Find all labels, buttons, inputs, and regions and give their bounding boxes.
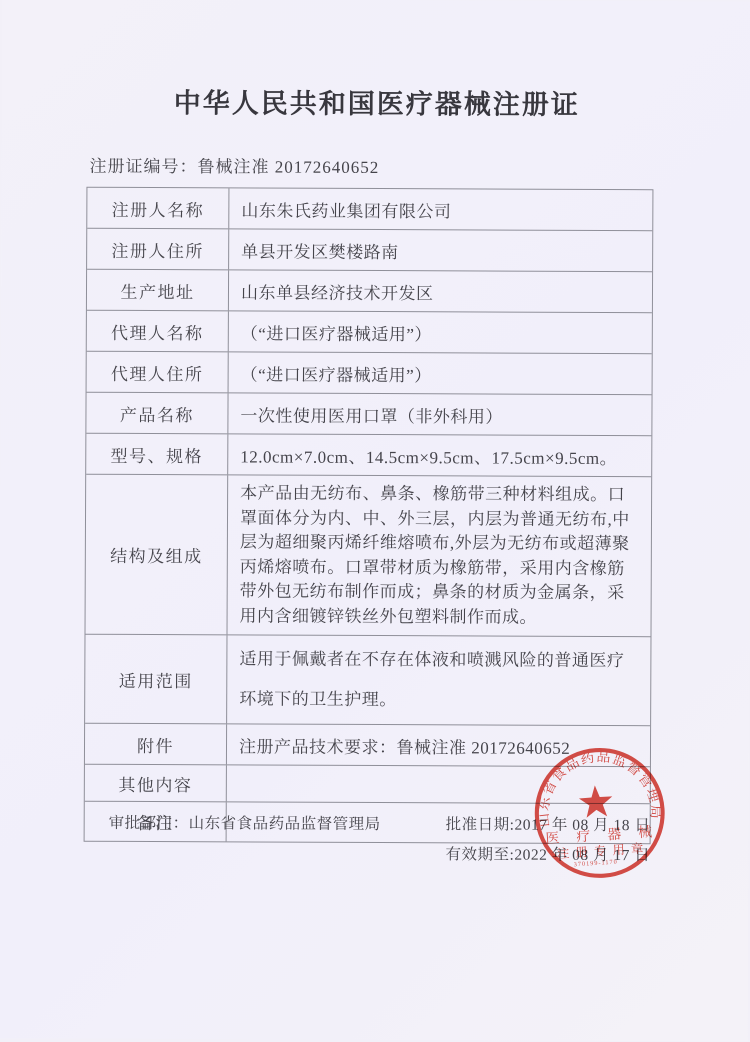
- row-label: 注册人名称: [87, 188, 229, 229]
- table-row: 产品名称 一次性使用医用口罩（非外科用）: [86, 393, 651, 436]
- row-value: 适用于佩戴者在不存在体液和喷溅风险的普通医疗环境下的卫生护理。: [227, 635, 650, 725]
- table-row: 注册人名称 山东朱氏药业集团有限公司: [87, 188, 652, 231]
- row-value: （“进口医疗器械适用”）: [229, 311, 652, 353]
- row-label: 注册人住所: [87, 229, 229, 270]
- approval-department: 审批部门：山东省食品药品监督管理局: [109, 811, 381, 834]
- row-value: 一次性使用医用口罩（非外科用）: [228, 393, 651, 435]
- row-value: 本产品由无纺布、鼻条、橡筋带三种材料组成。口罩面体分为内、中、外三层，内层为普通…: [227, 475, 651, 636]
- approval-dept-value: 山东省食品药品监督管理局: [189, 815, 381, 833]
- row-label: 代理人名称: [87, 311, 229, 352]
- stamp-star: [578, 784, 613, 818]
- table-row: 型号、规格 12.0cm×7.0cm、14.5cm×9.5cm、17.5cm×9…: [86, 434, 651, 477]
- row-label: 产品名称: [86, 393, 228, 434]
- table-row: 代理人住所 （“进口医疗器械适用”）: [87, 352, 652, 395]
- certificate-page: 中华人民共和国医疗器械注册证 注册证编号：鲁械注准 20172640652 注册…: [0, 0, 750, 1040]
- row-label: 代理人住所: [87, 352, 229, 393]
- row-value: 单县开发区樊楼路南: [229, 229, 652, 271]
- stamp-text-line2: 注册专用章: [556, 840, 643, 861]
- registration-number-line: 注册证编号：鲁械注准 20172640652: [89, 152, 379, 178]
- row-value: 山东单县经济技术开发区: [229, 270, 652, 312]
- row-label: 附件: [85, 724, 227, 765]
- table-row: 结构及组成 本产品由无纺布、鼻条、橡筋带三种材料组成。口罩面体分为内、中、外三层…: [85, 475, 651, 637]
- page-title: 中华人民共和国医疗器械注册证: [2, 80, 750, 122]
- approval-date-label: 批准日期:: [446, 816, 515, 833]
- reg-no-label: 注册证编号：: [89, 157, 197, 176]
- approval-dept-label: 审批部门：: [109, 815, 189, 832]
- table-row: 代理人名称 （“进口医疗器械适用”）: [87, 311, 652, 354]
- row-label: 其他内容: [85, 765, 227, 802]
- table-row: 适用范围 适用于佩戴者在不存在体液和喷溅风险的普通医疗环境下的卫生护理。: [85, 635, 650, 726]
- table-row: 生产地址 山东单县经济技术开发区: [87, 270, 652, 313]
- row-value: （“进口医疗器械适用”）: [229, 352, 652, 394]
- stamp-ring-text: 山东省食品药品监督管理局: [532, 745, 664, 828]
- row-label: 结构及组成: [86, 475, 229, 635]
- row-label: 生产地址: [87, 270, 229, 311]
- row-label: 型号、规格: [86, 434, 228, 475]
- table-row: 注册人住所 单县开发区樊楼路南: [87, 229, 652, 272]
- row-value: 12.0cm×7.0cm、14.5cm×9.5cm、17.5cm×9.5cm。: [228, 434, 651, 476]
- certificate-table: 注册人名称 山东朱氏药业集团有限公司 注册人住所 单县开发区樊楼路南 生产地址 …: [84, 187, 654, 844]
- stamp-serial: 370199-1170: [574, 858, 618, 868]
- official-stamp: 山东省食品药品监督管理局 医疗器械 注册专用章 370199-1170: [528, 742, 670, 884]
- reg-no-value: 鲁械注准 20172640652: [197, 157, 379, 177]
- valid-until-label: 有效期至:: [446, 846, 515, 863]
- row-value: 山东朱氏药业集团有限公司: [229, 188, 652, 230]
- row-label: 适用范围: [85, 635, 227, 724]
